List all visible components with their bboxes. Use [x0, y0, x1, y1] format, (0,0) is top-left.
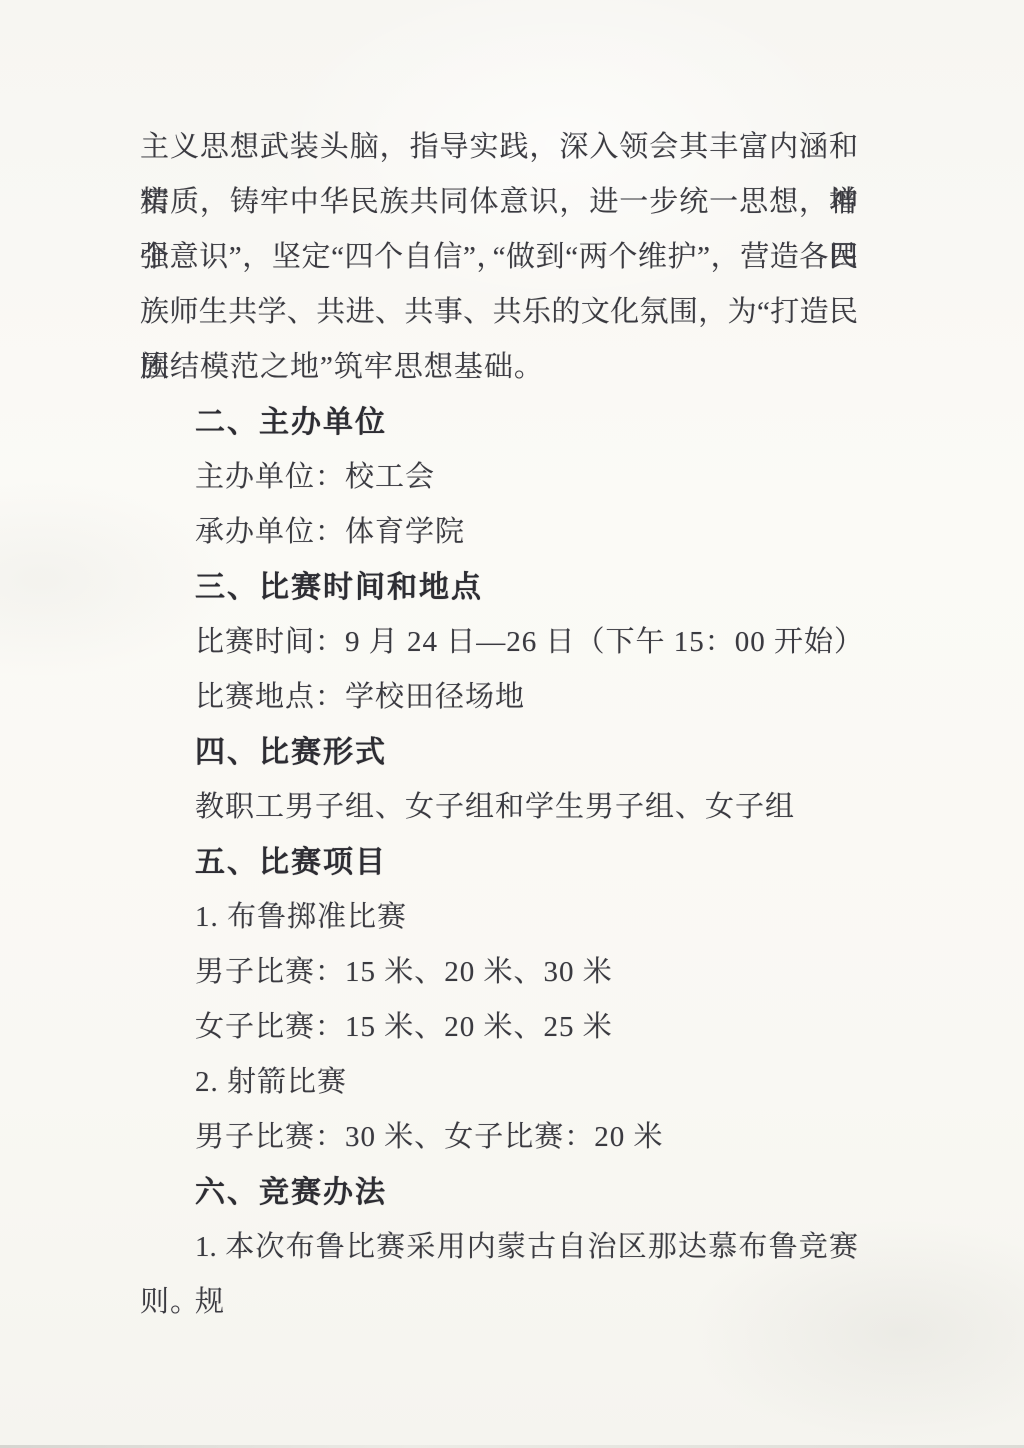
event-2-title: 2. 射箭比赛	[140, 1055, 858, 1110]
section-heading-format: 四、比赛形式	[140, 725, 858, 780]
paragraph-line: 团结模范之地”筑牢思想基础。	[140, 340, 858, 395]
document-page: 主义思想武装头脑，指导实践，深入领会其丰富内涵和精神 实质，铸牢中华民族共同体意…	[0, 0, 1024, 1448]
section-heading-rules: 六、竞赛办法	[140, 1165, 858, 1220]
format-line: 教职工男子组、女子组和学生男子组、女子组	[140, 780, 858, 835]
rule-line: 1. 本次布鲁比赛采用内蒙古自治区那达慕布鲁竞赛规	[140, 1220, 858, 1275]
paragraph-line: 主义思想武装头脑，指导实践，深入领会其丰富内涵和精神	[140, 120, 858, 175]
competition-place-line: 比赛地点：学校田径场地	[140, 670, 858, 725]
undertaker-line: 承办单位：体育学院	[140, 505, 858, 560]
paragraph-line: 实质，铸牢中华民族共同体意识，进一步统一思想，增强“四	[140, 175, 858, 230]
section-heading-organizers: 二、主办单位	[140, 395, 858, 450]
event-1-title: 1. 布鲁掷准比赛	[140, 890, 858, 945]
rule-line-continued: 则。	[140, 1275, 858, 1330]
paragraph-line: 个意识”，坚定“四个自信”，做到“两个维护”，营造各民	[140, 230, 858, 285]
event-2-distances: 男子比赛：30 米、女子比赛：20 米	[140, 1110, 858, 1165]
event-1-men-distances: 男子比赛：15 米、20 米、30 米	[140, 945, 858, 1000]
section-heading-events: 五、比赛项目	[140, 835, 858, 890]
section-heading-time-place: 三、比赛时间和地点	[140, 560, 858, 615]
competition-time-line: 比赛时间：9 月 24 日—26 日（下午 15：00 开始）	[140, 615, 858, 670]
event-1-women-distances: 女子比赛：15 米、20 米、25 米	[140, 1000, 858, 1055]
organizer-line: 主办单位：校工会	[140, 450, 858, 505]
paragraph-line: 族师生共学、共进、共事、共乐的文化氛围，为“打造民族	[140, 285, 858, 340]
